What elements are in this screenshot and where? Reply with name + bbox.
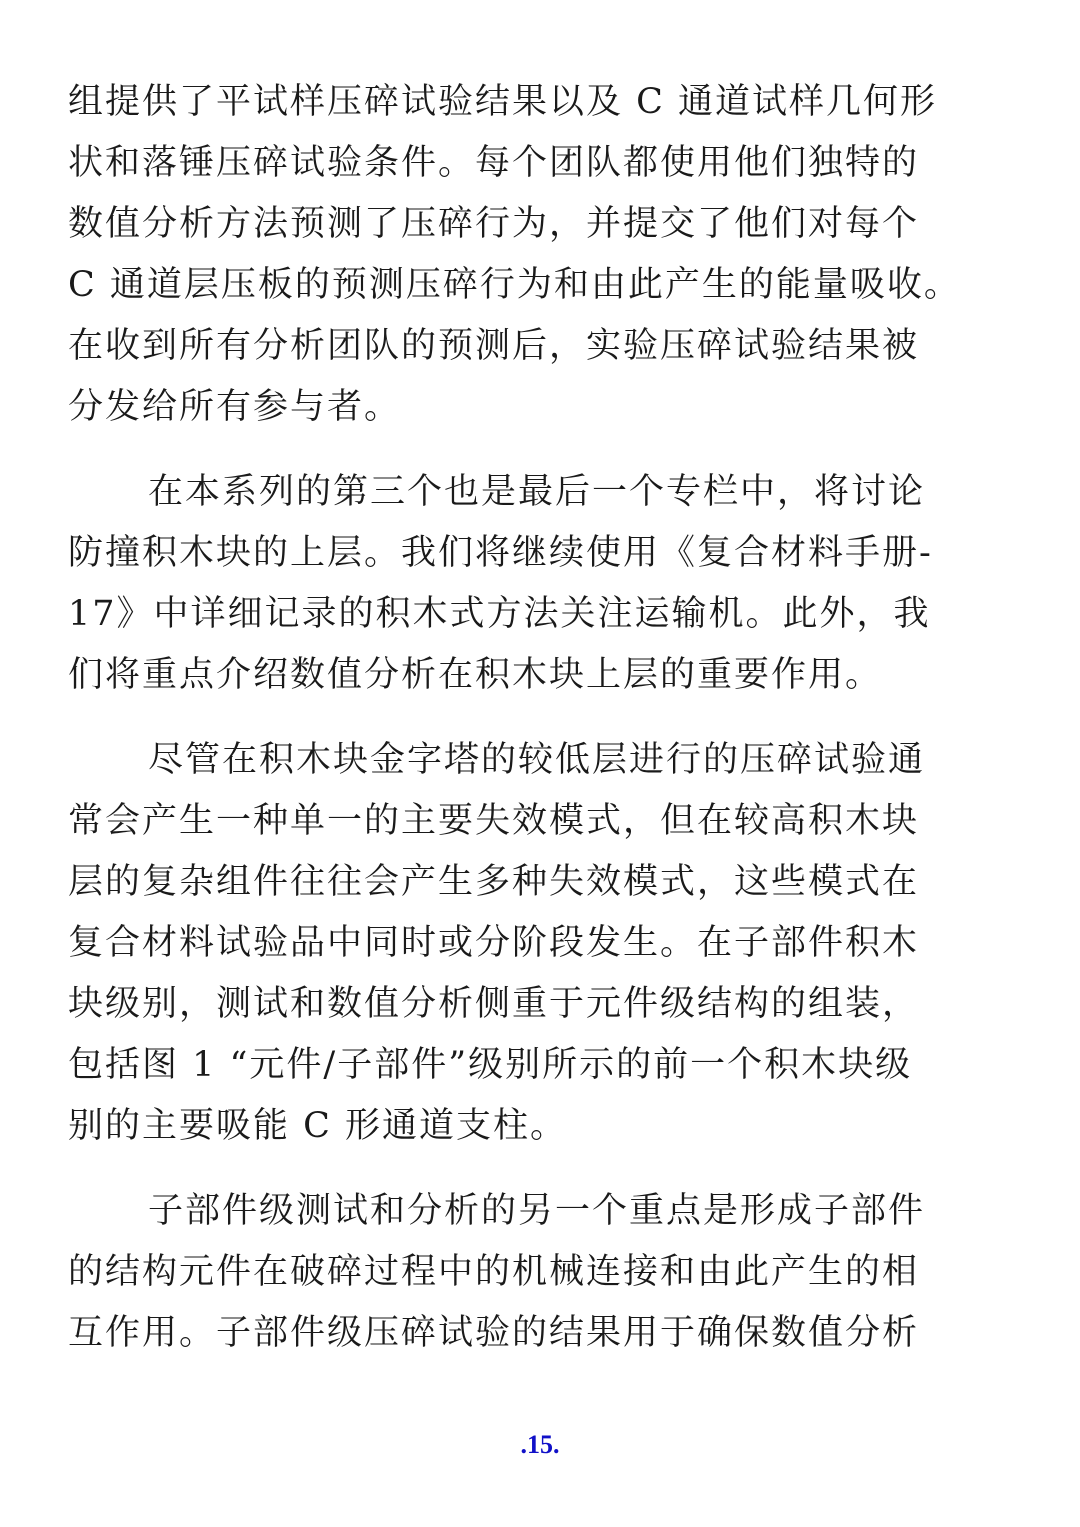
text-line: 的结构元件在破碎过程中的机械连接和由此产生的相 (68, 1242, 1018, 1303)
text-line: 子部件级测试和分析的另一个重点是形成子部件 (68, 1181, 1018, 1242)
text-line: 块级别，测试和数值分析侧重于元件级结构的组装， (68, 974, 1018, 1035)
text-line: 分发给所有参与者。 (68, 377, 1018, 438)
text-line: 防撞积木块的上层。我们将继续使用《复合材料手册- (68, 523, 1018, 584)
text-line: 在本系列的第三个也是最后一个专栏中，将讨论 (68, 462, 1018, 523)
text-line: 状和落锤压碎试验条件。每个团队都使用他们独特的 (68, 133, 1018, 194)
paragraph-4: 子部件级测试和分析的另一个重点是形成子部件 的结构元件在破碎过程中的机械连接和由… (68, 1181, 1018, 1364)
paragraph-1: 组提供了平试样压碎试验结果以及 C 通道试样几何形 状和落锤压碎试验条件。每个团… (68, 72, 1018, 438)
text-line: 互作用。子部件级压碎试验的结果用于确保数值分析 (68, 1303, 1018, 1364)
text-line: 常会产生一种单一的主要失效模式，但在较高积木块 (68, 791, 1018, 852)
paragraph-2: 在本系列的第三个也是最后一个专栏中，将讨论 防撞积木块的上层。我们将继续使用《复… (68, 462, 1018, 706)
paragraph-3: 尽管在积木块金字塔的较低层进行的压碎试验通 常会产生一种单一的主要失效模式，但在… (68, 730, 1018, 1157)
text-line: 尽管在积木块金字塔的较低层进行的压碎试验通 (68, 730, 1018, 791)
text-line: 在收到所有分析团队的预测后，实验压碎试验结果被 (68, 316, 1018, 377)
text-line: 复合材料试验品中同时或分阶段发生。在子部件积木 (68, 913, 1018, 974)
text-line: 数值分析方法预测了压碎行为，并提交了他们对每个 (68, 194, 1018, 255)
text-line: 17》中详细记录的积木式方法关注运输机。此外，我 (68, 584, 1018, 645)
text-line: C 通道层压板的预测压碎行为和由此产生的能量吸收。 (68, 255, 1018, 316)
text-line: 组提供了平试样压碎试验结果以及 C 通道试样几何形 (68, 72, 1018, 133)
page-number: .15. (0, 1430, 1080, 1460)
text-line: 包括图 1 “元件/子部件”级别所示的前一个积木块级 (68, 1035, 1018, 1096)
text-line: 层的复杂组件往往会产生多种失效模式，这些模式在 (68, 852, 1018, 913)
text-line: 别的主要吸能 C 形通道支柱。 (68, 1096, 1018, 1157)
text-line: 们将重点介绍数值分析在积木块上层的重要作用。 (68, 645, 1018, 706)
document-body: 组提供了平试样压碎试验结果以及 C 通道试样几何形 状和落锤压碎试验条件。每个团… (68, 72, 1018, 1388)
